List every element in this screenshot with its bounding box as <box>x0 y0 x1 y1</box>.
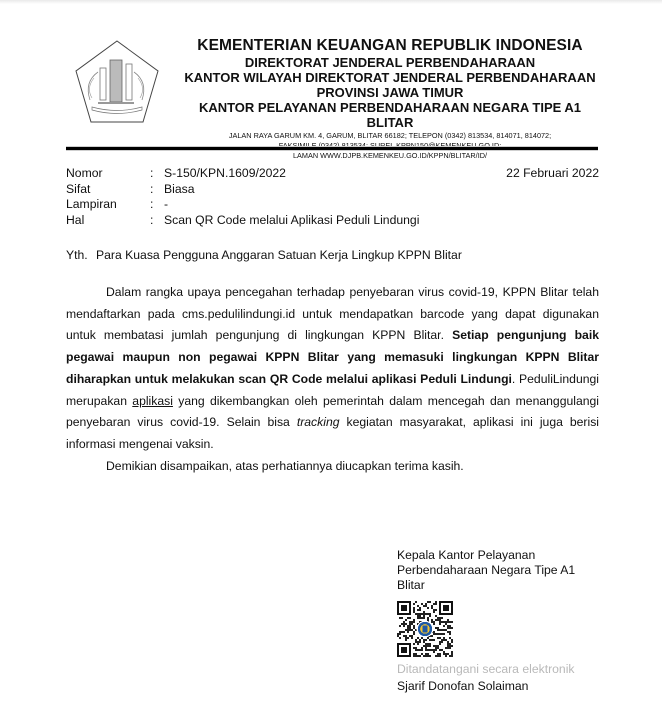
top-shadow <box>0 0 662 4</box>
meta-row-lampiran: Lampiran : - <box>66 197 419 213</box>
signature-block: Kepala Kantor Pelayanan Perbendaharaan N… <box>397 548 575 593</box>
directorate-name: DIREKTORAT JENDERAL PERBENDAHARAAN <box>180 55 600 70</box>
electronic-signature-note: Ditandatangani secara elektronik <box>397 662 575 676</box>
meta-row-hal: Hal : Scan QR Code melalui Aplikasi Pedu… <box>66 213 419 229</box>
meta-row-nomor: Nomor : S-150/KPN.1609/2022 <box>66 166 419 182</box>
kemenkeu-logo-icon <box>72 38 162 128</box>
letterhead-divider <box>66 147 598 150</box>
letter-date: 22 Februari 2022 <box>506 166 599 180</box>
body-italic-word: tracking <box>297 415 340 429</box>
meta-label: Nomor <box>66 166 150 182</box>
closing-paragraph: Demikian disampaikan, atas perhatiannya … <box>66 456 599 478</box>
meta-label: Lampiran <box>66 197 150 213</box>
body-underlined-word: aplikasi <box>132 394 173 408</box>
letter-body: Dalam rangka upaya pencegahan terhadap p… <box>66 282 599 477</box>
letterhead: KEMENTERIAN KEUANGAN REPUBLIK INDONESIA … <box>180 38 600 160</box>
regional-office-name: KANTOR WILAYAH DIREKTORAT JENDERAL PERBE… <box>180 70 600 85</box>
body-paragraph: Dalam rangka upaya pencegahan terhadap p… <box>66 282 599 456</box>
meta-value: Biasa <box>164 182 195 198</box>
letter-meta: Nomor : S-150/KPN.1609/2022 Sifat : Bias… <box>66 166 419 228</box>
recipient-prefix: Yth. <box>66 248 96 262</box>
meta-value: - <box>164 197 168 213</box>
meta-label: Hal <box>66 213 150 229</box>
meta-value: Scan QR Code melalui Aplikasi Peduli Lin… <box>164 213 419 229</box>
signature-title: Kepala Kantor Pelayanan <box>397 548 575 563</box>
recipient: Yth.Para Kuasa Pengguna Anggaran Satuan … <box>66 248 462 262</box>
recipient-name: Para Kuasa Pengguna Anggaran Satuan Kerj… <box>96 248 462 262</box>
website-line: LAMAN WWW.DJPB.KEMENKEU.GO.ID/KPPN/BLITA… <box>180 151 600 160</box>
signature-title: Blitar <box>397 578 575 593</box>
meta-colon: : <box>150 166 164 182</box>
meta-colon: : <box>150 182 164 198</box>
meta-value: S-150/KPN.1609/2022 <box>164 166 286 182</box>
office-name: KANTOR PELAYANAN PERBENDAHARAAN NEGARA T… <box>180 100 600 130</box>
qr-code-icon <box>397 601 453 657</box>
meta-colon: : <box>150 197 164 213</box>
province-name: PROVINSI JAWA TIMUR <box>180 85 600 100</box>
ministry-name: KEMENTERIAN KEUANGAN REPUBLIK INDONESIA <box>180 38 600 54</box>
address-line: JALAN RAYA GARUM KM. 4, GARUM, BLITAR 66… <box>180 131 600 140</box>
signer-name: Sjarif Donofan Solaiman <box>397 679 528 693</box>
meta-colon: : <box>150 213 164 229</box>
signature-title: Perbendaharaan Negara Tipe A1 <box>397 563 575 578</box>
meta-label: Sifat <box>66 182 150 198</box>
meta-row-sifat: Sifat : Biasa <box>66 182 419 198</box>
